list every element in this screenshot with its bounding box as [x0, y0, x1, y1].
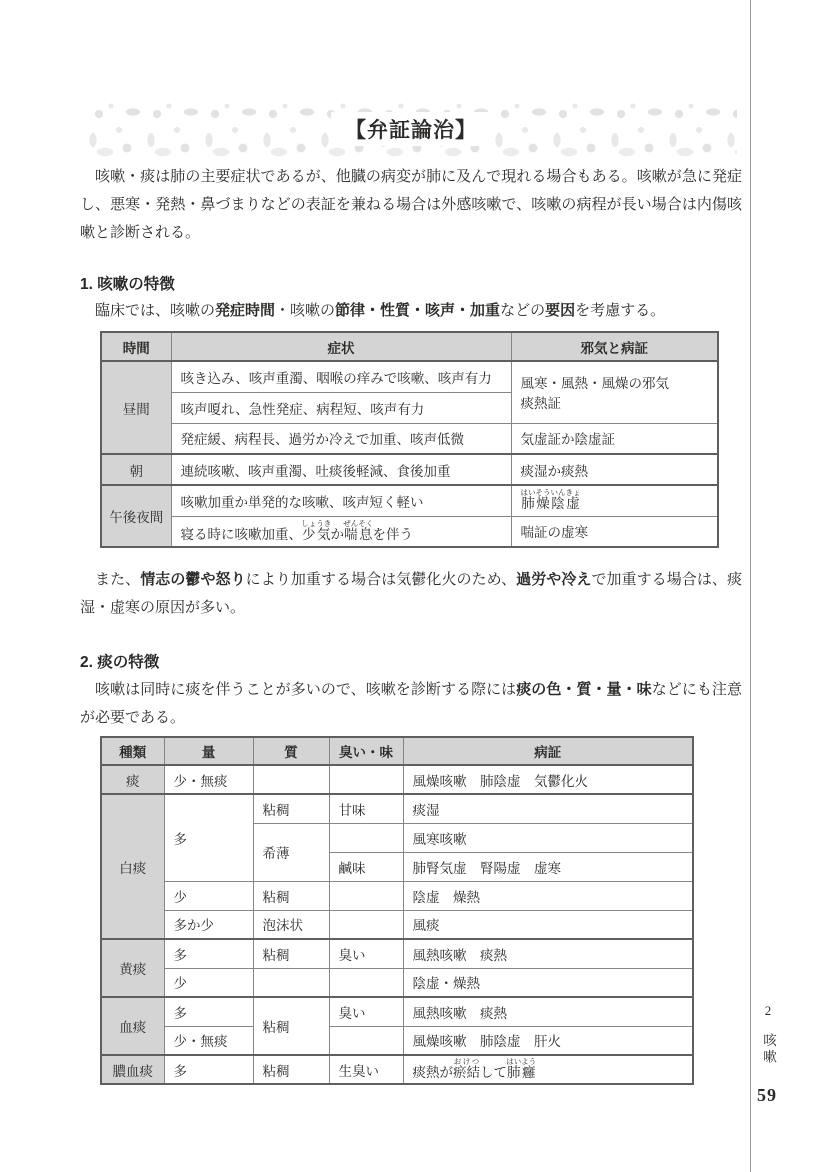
text-run: 咳嗽は同時に痰を伴うことが多いので、咳嗽を診断する際には: [80, 682, 516, 698]
table-row: 朝連続咳嗽、咳声重濁、吐痰後軽減、食後加重痰湿か痰熱: [101, 454, 718, 485]
table-cell: 昼間: [101, 361, 171, 454]
text-run: などの: [500, 303, 545, 319]
table-cell: 多: [164, 794, 253, 881]
table-cell: 臭い: [329, 939, 403, 968]
table-cell: 粘稠: [253, 1055, 329, 1084]
column-header: 症状: [171, 332, 511, 361]
table-cell: 喘証の虚寒: [511, 516, 718, 547]
table-cell: 少: [164, 968, 253, 997]
emphasis-text: 情志の鬱や怒り: [140, 571, 245, 588]
column-header: 量: [164, 737, 253, 765]
table-row: 白痰多粘稠甘味痰湿: [101, 794, 693, 823]
section2-heading: 2. 痰の特徴: [80, 650, 159, 672]
section1-intro-paragraph: 臨床では、咳嗽の発症時間・咳嗽の節律・性質・咳声・加重などの要因を考慮する。: [80, 297, 742, 325]
table-cell: 多: [164, 939, 253, 968]
column-header: 質: [253, 737, 329, 765]
emphasis-text: 痰の色・質・量・味: [516, 681, 651, 698]
table-cell: [329, 968, 403, 997]
table-cell: 咳き込み、咳声重濁、咽喉の痒みで咳嗽、咳声有力: [171, 361, 511, 392]
table-cell: 粘稠: [253, 794, 329, 823]
emphasis-text: 要因: [545, 302, 575, 319]
cough-characteristics-table: 時間症状邪気と病証昼間咳き込み、咳声重濁、咽喉の痒みで咳嗽、咳声有力風寒・風熱・…: [100, 331, 719, 548]
table-header-row: 時間症状邪気と病証: [101, 332, 718, 361]
table-row: 少陰虚・燥熱: [101, 968, 693, 997]
text-run: して: [480, 1065, 507, 1080]
ruby-term: 瘀結おけつ: [453, 1065, 480, 1080]
table-row: 黄痰多粘稠臭い風熱咳嗽 痰熱: [101, 939, 693, 968]
table-cell: [329, 1026, 403, 1055]
table-cell: 陰虚・燥熱: [403, 968, 693, 997]
text-run: また、: [80, 572, 140, 588]
section1-heading: 1. 咳嗽の特徴: [80, 272, 175, 294]
table-cell: 午後夜間: [101, 485, 171, 547]
table-cell: 少・無痰: [164, 765, 253, 794]
column-header: 邪気と病証: [511, 332, 718, 361]
table-cell: 痰熱が瘀結おけつして肺癰はいよう: [403, 1055, 693, 1084]
ruby-term: 肺燥陰虚はいそういんきょ: [521, 496, 581, 511]
table-row: 多か少泡沫状風痰: [101, 910, 693, 939]
table-row: 膿血痰多粘稠生臭い痰熱が瘀結おけつして肺癰はいよう: [101, 1055, 693, 1084]
table-cell: 咳嗽加重か単発的な咳嗽、咳声短く軽い: [171, 485, 511, 516]
table-cell: 風寒咳嗽: [403, 823, 693, 852]
table-cell: 風燥咳嗽 肺陰虚 気鬱化火: [403, 765, 693, 794]
chapter-side-tab: 2 咳嗽: [757, 1003, 779, 1066]
intro-paragraph: 咳嗽・痰は肺の主要症状であるが、他臓の病変が肺に及んで現れる場合もある。咳嗽が急…: [80, 163, 742, 247]
table-cell: 泡沫状: [253, 910, 329, 939]
table-cell: 気虚証か陰虚証: [511, 423, 718, 454]
ruby-term: 肺癰はいよう: [507, 1065, 536, 1080]
table-cell: 朝: [101, 454, 171, 485]
text-run: により加重する場合は気鬱化火のため、: [246, 572, 516, 588]
table-row: 発症緩、病程長、過労か冷えで加重、咳声低微気虚証か陰虚証: [101, 423, 718, 454]
table-cell: 肺燥陰虚はいそういんきょ: [511, 485, 718, 516]
table-cell: [329, 823, 403, 852]
table-cell: 甘味: [329, 794, 403, 823]
table-cell: 多: [164, 1055, 253, 1084]
emphasis-text: 過労や冷え: [516, 571, 591, 588]
ruby-term: 喘息ぜんそく: [344, 527, 373, 542]
table-cell: 痰: [101, 765, 164, 794]
text-run: か: [331, 527, 345, 542]
table-row: 午後夜間咳嗽加重か単発的な咳嗽、咳声短く軽い肺燥陰虚はいそういんきょ: [101, 485, 718, 516]
column-header: 臭い・味: [329, 737, 403, 765]
phlegm-characteristics-table: 種類量質臭い・味病証痰少・無痰風燥咳嗽 肺陰虚 気鬱化火白痰多粘稠甘味痰湿希薄風…: [100, 736, 694, 1085]
table-cell: 風熱咳嗽 痰熱: [403, 939, 693, 968]
table-cell: 少・無痰: [164, 1026, 253, 1055]
table-cell: 多: [164, 997, 253, 1026]
ruby-term: 少気しょうき: [302, 527, 331, 542]
book-page: 【弁証論治】 咳嗽・痰は肺の主要症状であるが、他臓の病変が肺に及んで現れる場合も…: [0, 0, 830, 1172]
table-cell: 連続咳嗽、咳声重濁、吐痰後軽減、食後加重: [171, 454, 511, 485]
table-cell: 臭い: [329, 997, 403, 1026]
table-cell: 風燥咳嗽 肺陰虚 肝火: [403, 1026, 693, 1055]
text-run: 痰熱証: [521, 396, 562, 411]
table-cell: 風寒・風熱・風燥の邪気痰熱証: [511, 361, 718, 423]
table-cell: 希薄: [253, 823, 329, 881]
table-cell: 肺腎気虚 腎陽虚 虚寒: [403, 852, 693, 881]
table-cell: 風熱咳嗽 痰熱: [403, 997, 693, 1026]
table-cell: 陰虚 燥熱: [403, 881, 693, 910]
table-cell: 咳声嗄れ、急性発症、病程短、咳声有力: [171, 392, 511, 423]
margin-rule: [750, 0, 751, 1172]
table-cell: [253, 765, 329, 794]
table-cell: 膿血痰: [101, 1055, 164, 1084]
table-row: 少粘稠陰虚 燥熱: [101, 881, 693, 910]
table-cell: [253, 968, 329, 997]
column-header: 病証: [403, 737, 693, 765]
emphasis-text: 発症時間: [215, 302, 275, 319]
table-cell: 多か少: [164, 910, 253, 939]
emphasis-text: 節律・性質・咳声・加重: [335, 302, 500, 319]
column-header: 種類: [101, 737, 164, 765]
text-run: 痰熱が: [413, 1065, 454, 1080]
table-cell: [329, 765, 403, 794]
table-row: 寝る時に咳嗽加重、少気しょうきか喘息ぜんそくを伴う喘証の虚寒: [101, 516, 718, 547]
table-cell: 黄痰: [101, 939, 164, 997]
table-cell: [329, 881, 403, 910]
text-run: 寝る時に咳嗽加重、: [181, 527, 303, 542]
table-cell: 風痰: [403, 910, 693, 939]
table-row: 血痰多粘稠臭い風熱咳嗽 痰熱: [101, 997, 693, 1026]
table-cell: 生臭い: [329, 1055, 403, 1084]
table-cell: 粘稠: [253, 997, 329, 1055]
table-cell: 発症緩、病程長、過労か冷えで加重、咳声低微: [171, 423, 511, 454]
table-row: 昼間咳き込み、咳声重濁、咽喉の痒みで咳嗽、咳声有力風寒・風熱・風燥の邪気痰熱証: [101, 361, 718, 392]
table-cell: 鹹味: [329, 852, 403, 881]
table-cell: 痰湿: [403, 794, 693, 823]
chapter-number: 2: [765, 1003, 772, 1019]
table-cell: 痰湿か痰熱: [511, 454, 718, 485]
page-number: 59: [757, 1085, 777, 1106]
table-row: 痰少・無痰風燥咳嗽 肺陰虚 気鬱化火: [101, 765, 693, 794]
text-run: を考慮する。: [575, 303, 665, 319]
table-cell: 粘稠: [253, 939, 329, 968]
section-banner-title: 【弁証論治】: [331, 112, 491, 146]
text-run: ・咳嗽の: [275, 303, 335, 319]
table-cell: [329, 910, 403, 939]
table-cell: 寝る時に咳嗽加重、少気しょうきか喘息ぜんそくを伴う: [171, 516, 511, 547]
table-cell: 少: [164, 881, 253, 910]
table-header-row: 種類量質臭い・味病証: [101, 737, 693, 765]
ornament-band: 【弁証論治】: [85, 100, 737, 157]
chapter-title-vertical: 咳嗽: [758, 1033, 778, 1066]
table-cell: 白痰: [101, 794, 164, 939]
section2-intro-paragraph: 咳嗽は同時に痰を伴うことが多いので、咳嗽を診断する際には痰の色・質・量・味などに…: [80, 676, 742, 732]
column-header: 時間: [101, 332, 171, 361]
table-cell: 血痰: [101, 997, 164, 1055]
note-paragraph: また、情志の鬱や怒りにより加重する場合は気鬱化火のため、過労や冷えで加重する場合…: [80, 566, 742, 622]
text-run: 臨床では、咳嗽の: [80, 303, 215, 319]
text-run: 咳嗽・痰は肺の主要症状であるが、他臓の病変が肺に及んで現れる場合もある。咳嗽が急…: [80, 169, 742, 241]
text-run: 風寒・風熱・風燥の邪気: [521, 376, 670, 391]
text-run: を伴う: [373, 527, 414, 542]
table-row: 少・無痰風燥咳嗽 肺陰虚 肝火: [101, 1026, 693, 1055]
table-cell: 粘稠: [253, 881, 329, 910]
